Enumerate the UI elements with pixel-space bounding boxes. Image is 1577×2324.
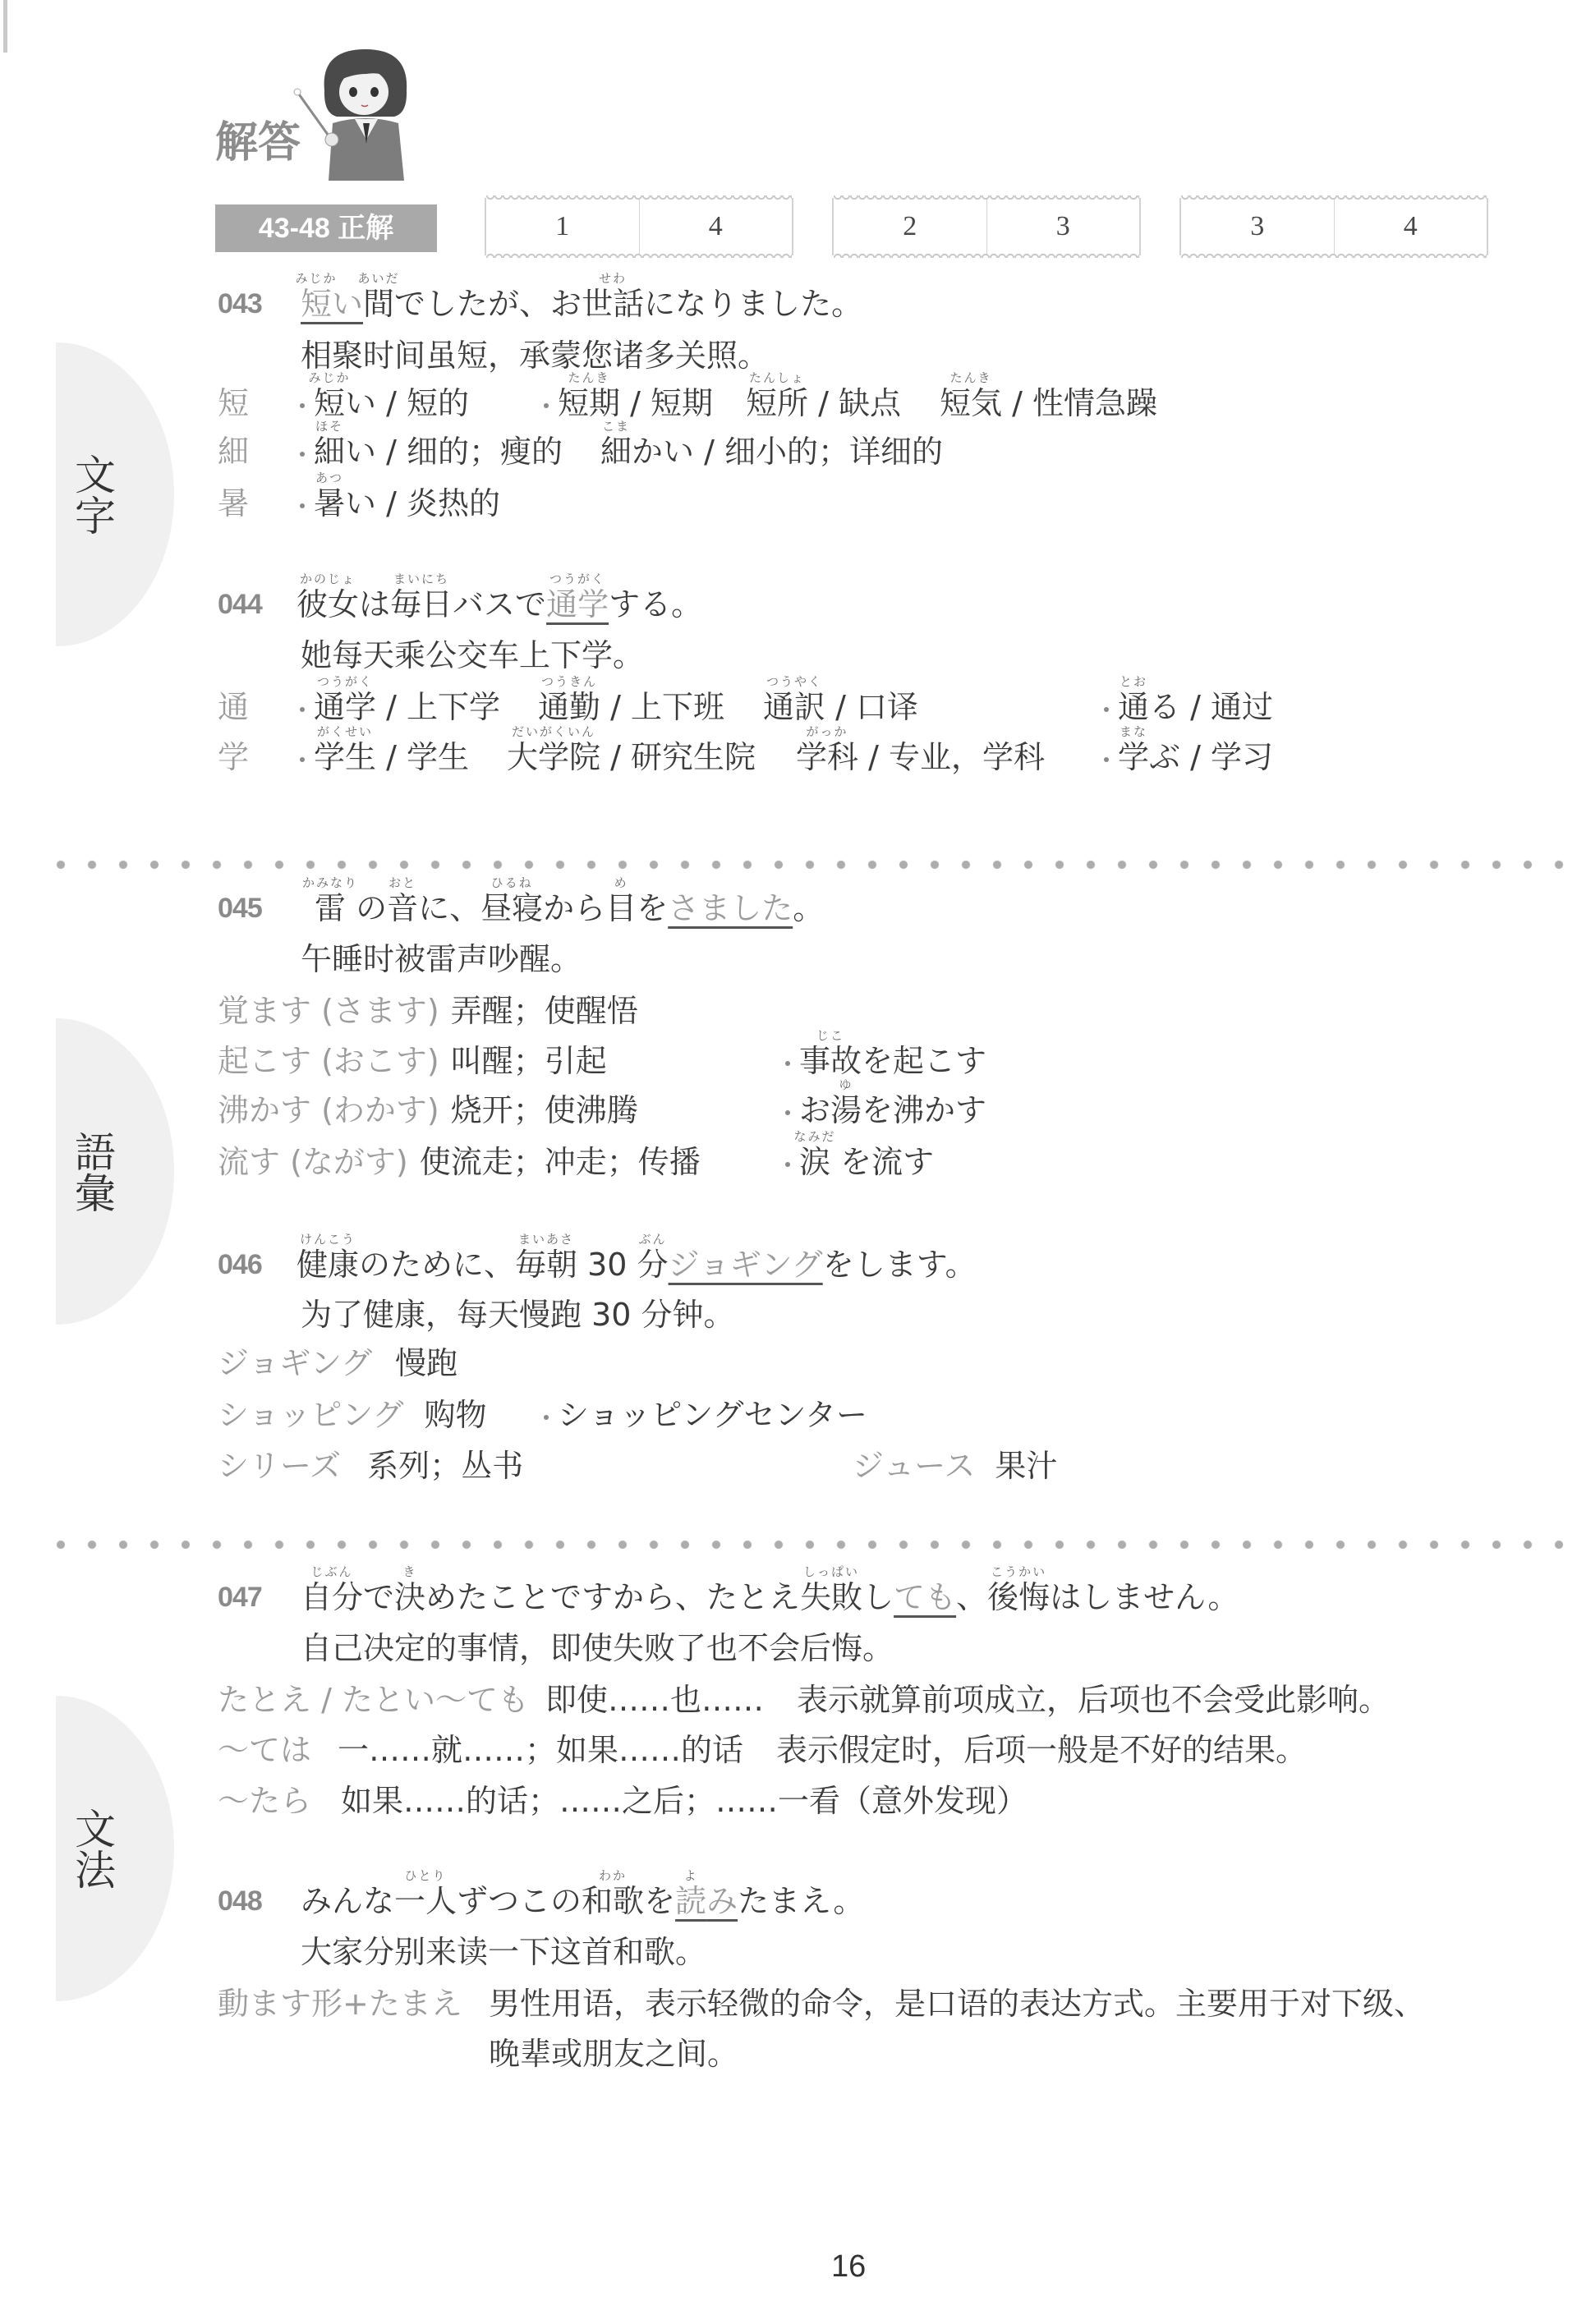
kanji-label: 細 [218,434,249,470]
furigana: ほそ [315,420,343,433]
furigana: かみなり [302,877,358,889]
note-entry: 短所たんしょ / 缺点 [746,385,901,421]
answer-word: 短みじか [301,286,332,322]
vocab-row: ジョギング慢跑 [218,1345,457,1381]
text-segment: / 学生 [376,739,469,775]
vocab-row: シリーズ系列；丛书 [218,1448,523,1484]
text-segment: 通とお [1118,689,1149,725]
question-number: 045 [218,890,262,926]
note-entry: 通学つうがく / 上下学 [292,689,500,725]
text-segment: 世話せわ [582,286,644,322]
answer-word: ても [894,1579,956,1615]
furigana: だいがくいん [512,726,595,738]
question-sentence: 短みじかい間あいだでしたが、お世話せわになりました。 [301,286,862,322]
answer-word: 通学つうがく [546,586,609,622]
answer-box: 2 3 [832,198,1141,255]
text-segment: 目め [605,890,637,926]
text-segment: を起こす [862,1043,986,1079]
vocab-meaning: 烧开；使沸腾 [451,1092,638,1128]
text-segment: みんな [301,1883,394,1919]
text-segment: 細ほそ [314,434,345,470]
vocab-meaning: 弄醒；使醒悟 [451,993,638,1029]
bullet-icon [1097,756,1118,764]
text-segment: の [346,890,387,926]
note-entry: 細ほそい / 细的；瘦的 [292,434,563,470]
question-sentence: 自分じぶんで決きめたことですから、たとえ失敗しっぱいしても、後悔こうかいはしませ… [301,1579,1239,1615]
question-sentence: 健康けんこうのために、毎朝まいあさ 30 分ぶんジョギングをします。 [297,1247,977,1283]
answer-range-label: 43-48 正解 [215,204,437,252]
vocab-meaning: 果汁 [995,1448,1057,1484]
note-entry: 短期たんき / 短期 [536,385,713,421]
bullet-icon [778,1160,799,1169]
text-segment: でしたが、お [394,286,582,322]
furigana: なみだ [793,1131,835,1143]
question-number: 046 [218,1247,262,1283]
bullet-icon [536,402,558,410]
vocab-meaning: 购物 [424,1397,486,1433]
grammar-meaning: 如果……的话；……之后；……一看（意外发现） [341,1783,1028,1819]
vocab-word: ショッピング [218,1397,403,1433]
text-segment: めたことですから、たとえ [425,1579,800,1615]
translation: 大家分别来读一下这首和歌。 [301,1934,706,1970]
furigana: おと [389,877,416,889]
text-segment: 雷かみなり [315,890,346,926]
vocab-row: ジュース果汁 [853,1448,1057,1484]
text-segment: い / 短的 [345,385,469,421]
text-segment: 30 [577,1247,637,1283]
text-segment: になりました。 [644,286,862,322]
text-segment: 自分じぶん [301,1579,363,1615]
answer-word: み [706,1883,738,1919]
text-segment: ショッピングセンター [558,1397,867,1433]
text-segment: / 缺点 [808,385,901,421]
text-segment: 学科がっか [796,739,858,775]
text-segment: 通訳つうやく [763,689,825,725]
text-segment: 学生がくせい [314,739,376,775]
question-number: 048 [218,1883,262,1919]
furigana: ぶん [639,1233,667,1246]
text-segment: 通勤つうきん [538,689,600,725]
example-phrase: お湯ゆを沸かす [778,1092,986,1128]
text-segment: 間あいだ [363,286,394,322]
bullet-icon [292,705,314,714]
furigana: せわ [599,273,627,285]
example-phrase: 涙なみだ を流す [778,1144,934,1180]
text-segment: 分ぶん [637,1247,669,1283]
grammar-pattern: 動ます形+たまえ [218,1986,462,2022]
note-entry: 短気たんき / 性情急躁 [940,385,1157,421]
dotted-divider [56,1540,1577,1550]
grammar-meaning: 一……就……；如果……的话 [338,1732,743,1768]
translation: 相聚时间虽短，承蒙您诸多关照。 [301,338,769,374]
bullet-icon [778,1109,799,1117]
furigana: まな [1120,726,1147,738]
answer-word: い [332,286,363,322]
text-segment: 短みじか [314,385,345,421]
example-phrase: ショッピングセンター [536,1397,867,1433]
grammar-row: 一……就……；如果……的话表示假定时，后项一般是不好的结果。 [338,1732,1307,1768]
text-segment: 涙なみだ [799,1144,830,1180]
text-segment: お [799,1092,830,1128]
text-segment: 健康けんこう [297,1247,359,1283]
furigana: しっぱい [803,1566,859,1578]
text-segment: し [862,1579,894,1615]
answer-word: ジョギング [669,1247,823,1283]
vocab-word: シリーズ [218,1448,341,1484]
text-segment: ぶ / 学习 [1149,739,1273,775]
text-segment: 和歌わか [582,1883,644,1919]
text-segment: から [543,890,605,926]
text-segment: を [644,1883,675,1919]
note-entry: 通訳つうやく / 口译 [763,689,918,725]
furigana: けんこう [300,1233,356,1246]
text-segment: を [637,890,668,926]
example-phrase: 事故じこを起こす [778,1043,986,1079]
scan-edge-mark [3,0,7,53]
furigana: まいあさ [518,1233,574,1246]
note-entry: 暑あつい / 炎热的 [292,485,500,521]
kanji-label: 暑 [218,485,249,521]
grammar-pattern: たとえ / たとい～ても [218,1682,529,1718]
text-segment: 。 [793,890,824,926]
furigana: がっか [806,726,848,738]
note-entry: 学まなぶ / 学习 [1097,739,1273,775]
text-segment: 短気たんき [940,385,1002,421]
bullet-icon [292,402,314,410]
vocab-word: 起こす (おこす) [218,1043,439,1079]
furigana: みじか [295,273,337,285]
text-segment: / 上下班 [600,689,724,725]
furigana: まいにち [393,573,449,586]
text-segment: 昼寝ひるね [480,890,543,926]
furigana: あいだ [358,273,400,285]
text-segment: 決き [394,1579,425,1615]
furigana: わか [599,1870,627,1882]
text-segment: / 口译 [825,689,918,725]
text-segment: のために、 [359,1247,515,1283]
question-number: 047 [218,1579,262,1615]
furigana: かのじょ [300,573,356,586]
vocab-meaning: 使流走；冲走；传播 [420,1144,701,1180]
bullet-icon [292,450,314,458]
text-segment: 失敗しっぱい [800,1579,862,1615]
text-segment: / 研究生院 [600,739,756,775]
text-segment: を沸かす [862,1092,986,1128]
answer-box: 1 4 [485,198,793,255]
text-segment: で [363,1579,394,1615]
furigana: つうがく [549,573,605,586]
answer-cell: 4 [639,198,793,255]
text-segment: る / 通过 [1149,689,1273,725]
bullet-icon [292,756,314,764]
text-segment: 、 [956,1579,987,1615]
furigana: あつ [315,472,343,485]
grammar-note: 表示假定时，后项一般是不好的结果。 [776,1732,1307,1768]
text-segment: たまえ。 [738,1883,864,1919]
kanji-label: 学 [218,739,249,775]
vocab-word: ジョギング [218,1345,372,1381]
furigana: め [614,877,628,889]
translation: 为了健康，每天慢跑 30 分钟。 [301,1297,735,1333]
text-segment: は [359,586,390,622]
side-tab-goi: 語彙 [56,1018,174,1325]
text-segment: 彼女かのじょ [297,586,359,622]
furigana: みじか [308,372,350,384]
vocab-word: 流す (ながす) [218,1144,408,1180]
vocab-meaning: 系列；丛书 [367,1448,523,1484]
grammar-meaning: 男性用语，表示轻微的命令，是口语的表达方式。主要用于对下级、 [489,1986,1425,2022]
translation: 午睡时被雷声吵醒。 [301,941,582,977]
furigana: つうきん [541,676,597,688]
vocab-row: 沸かす (わかす)烧开；使沸腾 [218,1092,638,1128]
vocab-meaning: 叫醒；引起 [451,1043,607,1079]
answer-cell: 3 [986,198,1140,255]
side-tab-label: 語彙 [71,1131,113,1213]
furigana: じぶん [310,1566,352,1578]
kanji-label: 通 [218,689,249,725]
furigana: き [403,1566,417,1578]
grammar-pattern: ～たら [218,1783,311,1819]
grammar-note: 表示就算前项成立，后项也不会受此影响。 [797,1682,1390,1718]
note-entry: 短みじかい / 短的 [292,385,469,421]
note-entry: 学生がくせい / 学生 [292,739,469,775]
note-entry: 細こまかい / 细小的；详细的 [600,434,943,470]
text-segment: 短所たんしょ [746,385,808,421]
translation: 自己决定的事情，即使失败了也不会后悔。 [301,1630,894,1666]
answer-cell: 4 [1334,198,1487,255]
answer-cell: 3 [1181,198,1334,255]
grammar-meaning: 晚辈或朋友之间。 [489,2036,738,2072]
side-tab-label: 文法 [71,1807,113,1890]
text-segment: / 性情急躁 [1002,385,1157,421]
text-segment: / 上下学 [376,689,500,725]
answer-cell: 2 [834,198,986,255]
side-tab-bunpou: 文法 [56,1696,174,2001]
side-tab-moji: 文字 [56,342,174,646]
answer-cell: 1 [486,198,639,255]
note-entry: 通とおる / 通过 [1097,689,1273,725]
bullet-icon [292,502,314,510]
question-number: 043 [218,286,262,322]
text-segment: 毎朝まいあさ [515,1247,577,1283]
text-segment: バスで [453,586,546,622]
text-segment: を流す [830,1144,934,1180]
furigana: ひとり [405,1870,447,1882]
furigana: とお [1120,676,1147,688]
text-segment: 通学つうがく [314,689,376,725]
furigana: ひるね [491,877,533,889]
answer-box: 3 4 [1179,198,1488,255]
dotted-divider [56,860,1577,870]
page-number: 16 [831,2248,866,2285]
text-segment: / 短期 [620,385,713,421]
furigana: こうかい [991,1566,1046,1578]
furigana: がくせい [317,726,373,738]
note-entry: 大学院だいがくいん / 研究生院 [507,739,756,775]
furigana: つうやく [766,676,822,688]
grammar-row: 即使……也……表示就算前项成立，后项也不会受此影响。 [545,1682,1390,1718]
text-segment: をします。 [823,1247,977,1283]
question-sentence: 雷かみなり の音おとに、昼寝ひるねから目めをさました。 [315,890,824,926]
text-segment: 一人ひとり [394,1883,457,1919]
furigana: たんき [568,372,609,384]
text-segment: 後悔こうかい [987,1579,1050,1615]
vocab-row: 流す (ながす)使流走；冲走；传播 [218,1144,701,1180]
vocab-row: 覚ます (さます)弄醒；使醒悟 [218,993,638,1029]
text-segment: 学まな [1118,739,1149,775]
text-segment: 大学院だいがくいん [507,739,600,775]
vocab-word: 沸かす (わかす) [218,1092,439,1128]
note-entry: 学科がっか / 专业，学科 [796,739,1045,775]
text-segment: 湯ゆ [830,1092,862,1128]
furigana: じこ [816,1030,844,1042]
furigana: ゆ [839,1079,853,1091]
text-segment: / 专业，学科 [858,739,1045,775]
grammar-meaning: 即使……也…… [545,1682,764,1718]
text-segment: 暑あつ [314,485,345,521]
furigana: たんき [949,372,991,384]
text-segment: 短期たんき [558,385,620,421]
text-segment: はしません。 [1050,1579,1239,1615]
translation: 她每天乘公交车上下学。 [301,637,644,673]
text-segment: に、 [418,890,480,926]
question-number: 044 [218,586,262,622]
furigana: よ [684,1870,698,1882]
teacher-mascot-icon [287,41,419,185]
vocab-word: ジュース [853,1448,975,1484]
text-segment: 事故じこ [799,1043,862,1079]
text-segment: ずつこの [457,1883,582,1919]
text-segment: い / 细的；瘦的 [345,434,563,470]
grammar-pattern: ～ては [218,1732,311,1768]
text-segment: する。 [609,586,702,622]
bullet-icon [1097,705,1118,714]
text-segment: 細こま [600,434,632,470]
answer-word: さました [668,890,793,926]
side-tab-label: 文字 [71,453,113,535]
vocab-row: ショッピング购物 [218,1397,487,1433]
furigana: こま [602,420,630,433]
book-page: 解答 43-48 正解 1 4 2 3 3 4 文字 語彙 文法 043 短みじ… [0,0,1577,2324]
furigana: たんしょ [749,372,805,384]
furigana: つうがく [317,676,373,688]
text-segment: い / 炎热的 [345,485,500,521]
bullet-icon [536,1413,558,1421]
text-segment: 毎日まいにち [390,586,453,622]
bullet-icon [778,1059,799,1068]
question-sentence: みんな一人ひとりずつこの和歌わかを読よみたまえ。 [301,1883,864,1919]
text-segment: かい / 细小的；详细的 [632,434,943,470]
note-entry: 通勤つうきん / 上下班 [538,689,724,725]
vocab-row: 起こす (おこす)叫醒；引起 [218,1043,607,1079]
text-segment: 音おと [387,890,418,926]
kanji-label: 短 [218,385,249,421]
answer-word: 読よ [675,1883,706,1919]
vocab-word: 覚ます (さます) [218,993,439,1029]
vocab-meaning: 慢跑 [395,1345,457,1381]
question-sentence: 彼女かのじょは毎日まいにちバスで通学つうがくする。 [297,586,702,622]
